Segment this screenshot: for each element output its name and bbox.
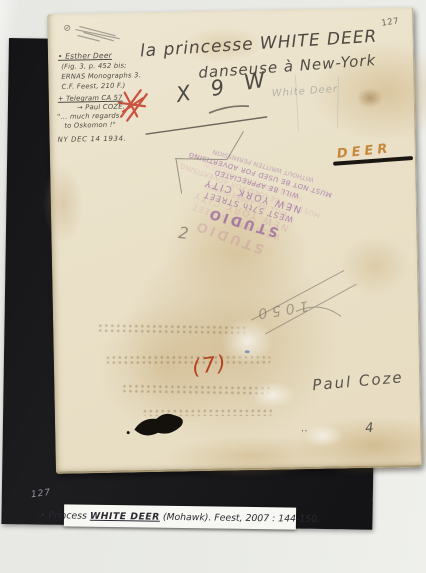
note-line: • Esther Deer (58, 51, 112, 61)
stamp-line: NEW YORK CITY (164, 164, 342, 226)
paper-white-patch (250, 381, 294, 408)
label-subject-name: WHITE DEER (90, 510, 160, 522)
ghost-pencil-text: White Deer (271, 84, 338, 100)
stain-right-middle (339, 235, 410, 296)
stain-bottom-right (293, 414, 426, 477)
pencil-number-two: 2 (177, 223, 189, 243)
label-prefix: • Princess (40, 510, 87, 522)
stamp-line: STUDIO (154, 188, 334, 255)
note-line: "... much regards (57, 112, 120, 121)
stamp-line: STUDIO (141, 196, 318, 275)
paul-coze-signature: Paul Coze (312, 368, 405, 394)
stamp-line: MUST NOT BE USED FOR ADVERTISING (172, 145, 349, 204)
stamp-line: WILL BE APPRECIATED (169, 154, 346, 213)
stain-stamp-area (170, 174, 302, 271)
note-line: → Paul COZE. (77, 103, 125, 112)
note-line: ERNAS Monographs 3. (61, 71, 141, 81)
studio-stamp-echo: STUDIO WEST 57th STREET NEW YORK CITY WI… (141, 146, 340, 275)
stamp-line: WITHOUT WRITTEN PERMISSION (168, 146, 341, 216)
label-reference: (Mohawk). Feest, 2007 : 144-150. (163, 511, 320, 524)
pencil-number-four: 4 (365, 421, 374, 437)
note-line: (Fig. 3, p. 452 bis; (61, 62, 127, 71)
pencil-faint-lines (295, 75, 339, 132)
note-line: C.F. Feest, 210 F.) (61, 82, 125, 91)
stain-top-right-dark-spot (357, 88, 383, 108)
stain-mid-upper-lobe (161, 204, 313, 302)
circled-mark: ⊘ (63, 24, 71, 34)
stamp-line: WEST 57th STREET (149, 186, 323, 258)
archival-photo-verso-scan: 127 STUDIO WEST 57th STREET NEW YORK CIT… (0, 0, 426, 573)
note-line: NY DEC 14 1934. (58, 135, 127, 144)
paper-white-patch (303, 424, 343, 447)
photo-verso-paper: STUDIO WEST 57th STREET NEW YORK CITY WI… (47, 7, 422, 474)
pencil-notes-block: • Esther Deer (Fig. 3, p. 452 bis; ERNAS… (54, 45, 186, 157)
inverted-pencil-number: 1050 (252, 297, 309, 322)
note-line: to Oskomon !" (64, 121, 116, 130)
red-number-seven: (7) (190, 351, 229, 380)
ink-specks: .. (301, 424, 308, 433)
stamp-line: WITHOUT WRITTEN PERMISSION (176, 136, 352, 194)
stamp-line: MUST NOT BE USED FOR ADVERTISING (163, 154, 336, 225)
corner-number: 127 (381, 16, 400, 28)
pencil-scribble-topleft (75, 26, 119, 42)
catalog-label: • Princess WHITE DEER (Mohawk). Feest, 2… (64, 504, 296, 529)
note-line: + Telegram CA 57 (58, 94, 123, 103)
stain-speckle-band (143, 409, 273, 416)
